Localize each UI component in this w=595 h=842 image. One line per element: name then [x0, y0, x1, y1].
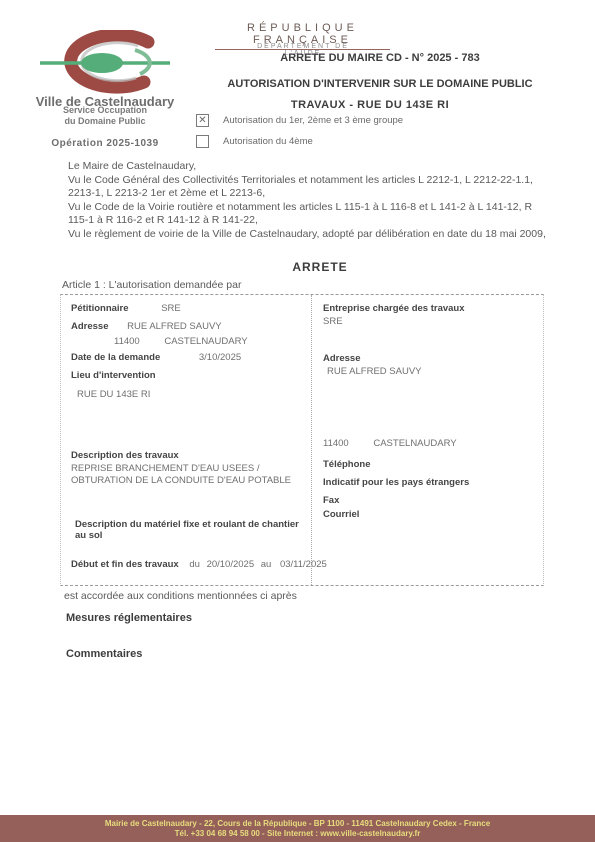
entreprise-cp-ville: 11400 CASTELNAUDARY	[323, 438, 457, 449]
entreprise-value: SRE	[323, 316, 343, 327]
entreprise-adresse-label: Adresse	[323, 353, 361, 364]
footer-address-line: Mairie de Castelnaudary - 22, Cours de l…	[105, 819, 490, 829]
commentaires-heading: Commentaires	[66, 648, 142, 660]
checkbox-label-group-123: Autorisation du 1er, 2ème et 3 ème group…	[223, 115, 403, 126]
description-travaux-value: REPRISE BRANCHEMENT D'EAU USEES / OBTURA…	[71, 463, 301, 486]
arrete-number: ARRETE DU MAIRE CD - N° 2025 - 783	[230, 52, 530, 64]
adresse-label: Adresse	[71, 321, 109, 332]
description-travaux-label: Description des travaux	[71, 450, 179, 461]
code-postal: 11400	[114, 336, 140, 347]
lieu-intervention-label: Lieu d'intervention	[71, 370, 156, 381]
document-subtitle: TRAVAUX - RUE DU 143E RI	[210, 99, 530, 111]
courriel-label: Courriel	[323, 509, 359, 520]
preamble-line: Vu le règlement de voirie de la Ville de…	[68, 228, 546, 242]
entreprise-label: Entreprise chargée des travaux	[323, 303, 465, 314]
debut-fin-row: Début et fin des travaux du 20/10/2025 a…	[71, 559, 327, 570]
debut-fin-label: Début et fin des travaux	[71, 559, 179, 570]
preamble-line: Vu le Code de la Voirie routière et nota…	[68, 201, 546, 228]
petitionnaire-row: Pétitionnaire SRE	[71, 303, 181, 314]
petitionnaire-label: Pétitionnaire	[71, 303, 129, 314]
footer-band: Mairie de Castelnaudary - 22, Cours de l…	[0, 815, 595, 842]
footer-contact-line: Tél. +33 04 68 94 58 00 - Site Internet …	[175, 829, 421, 839]
arrete-heading: ARRETE	[0, 260, 595, 274]
article-1-heading: Article 1 : L'autorisation demandée par	[62, 279, 241, 291]
lieu-intervention-value: RUE DU 143E RI	[77, 389, 150, 400]
du-word: du	[181, 559, 200, 570]
preamble-line: Le Maire de Castelnaudary,	[68, 160, 546, 174]
au-word: au	[257, 559, 272, 570]
document-page: Ville de Castelnaudary Service Occupatio…	[0, 0, 595, 842]
telephone-label: Téléphone	[323, 459, 371, 470]
description-materiel-label: Description du matériel fixe et roulant …	[75, 519, 307, 541]
mesures-reglementaires-heading: Mesures réglementaires	[66, 612, 192, 624]
petitionnaire-value: SRE	[131, 303, 181, 314]
date-demande-label: Date de la demande	[71, 352, 160, 363]
entreprise-ville: CASTELNAUDARY	[351, 438, 456, 449]
document-title: AUTORISATION D'INTERVENIR SUR LE DOMAINE…	[200, 78, 560, 90]
service-line2: du Domaine Public	[30, 116, 180, 126]
preamble-line: Vu le Code Général des Collectivités Ter…	[68, 174, 546, 201]
preamble-text: Le Maire de Castelnaudary, Vu le Code Gé…	[68, 160, 546, 241]
ville: CASTELNAUDARY	[142, 336, 247, 347]
indicatif-label: Indicatif pour les pays étrangers	[323, 477, 469, 488]
entreprise-code-postal: 11400	[323, 438, 349, 449]
entreprise-adresse-value: RUE ALFRED SAUVY	[327, 366, 422, 377]
date-demande-value: 3/10/2025	[163, 352, 241, 363]
date-debut-value: 20/10/2025	[203, 559, 255, 570]
lieu-intervention-row: Lieu d'intervention	[71, 370, 156, 381]
city-logo-block: Ville de Castelnaudary Service Occupatio…	[30, 30, 180, 149]
checkbox-checked-icon: ✕	[196, 114, 209, 127]
date-demande-row: Date de la demande 3/10/2025	[71, 352, 241, 363]
conditions-text: est accordée aux conditions mentionnées …	[64, 590, 297, 602]
table-column-divider	[311, 295, 312, 585]
checkbox-row-group-123: ✕ Autorisation du 1er, 2ème et 3 ème gro…	[196, 114, 403, 127]
adresse-row: Adresse RUE ALFRED SAUVY	[71, 321, 222, 332]
checkbox-unchecked-icon	[196, 135, 209, 148]
fax-label: Fax	[323, 495, 339, 506]
checkbox-label-group-4: Autorisation du 4ème	[223, 136, 313, 147]
adresse-value: RUE ALFRED SAUVY	[111, 321, 222, 332]
cp-ville-row: 11400 CASTELNAUDARY	[114, 336, 248, 347]
date-fin-value: 03/11/2025	[274, 559, 327, 570]
operation-number: Opération 2025-1039	[30, 138, 180, 149]
castelnaudary-logo-icon	[40, 30, 170, 96]
checkbox-row-group-4: Autorisation du 4ème	[196, 135, 313, 148]
authorization-form-table: Pétitionnaire SRE Adresse RUE ALFRED SAU…	[60, 294, 544, 586]
